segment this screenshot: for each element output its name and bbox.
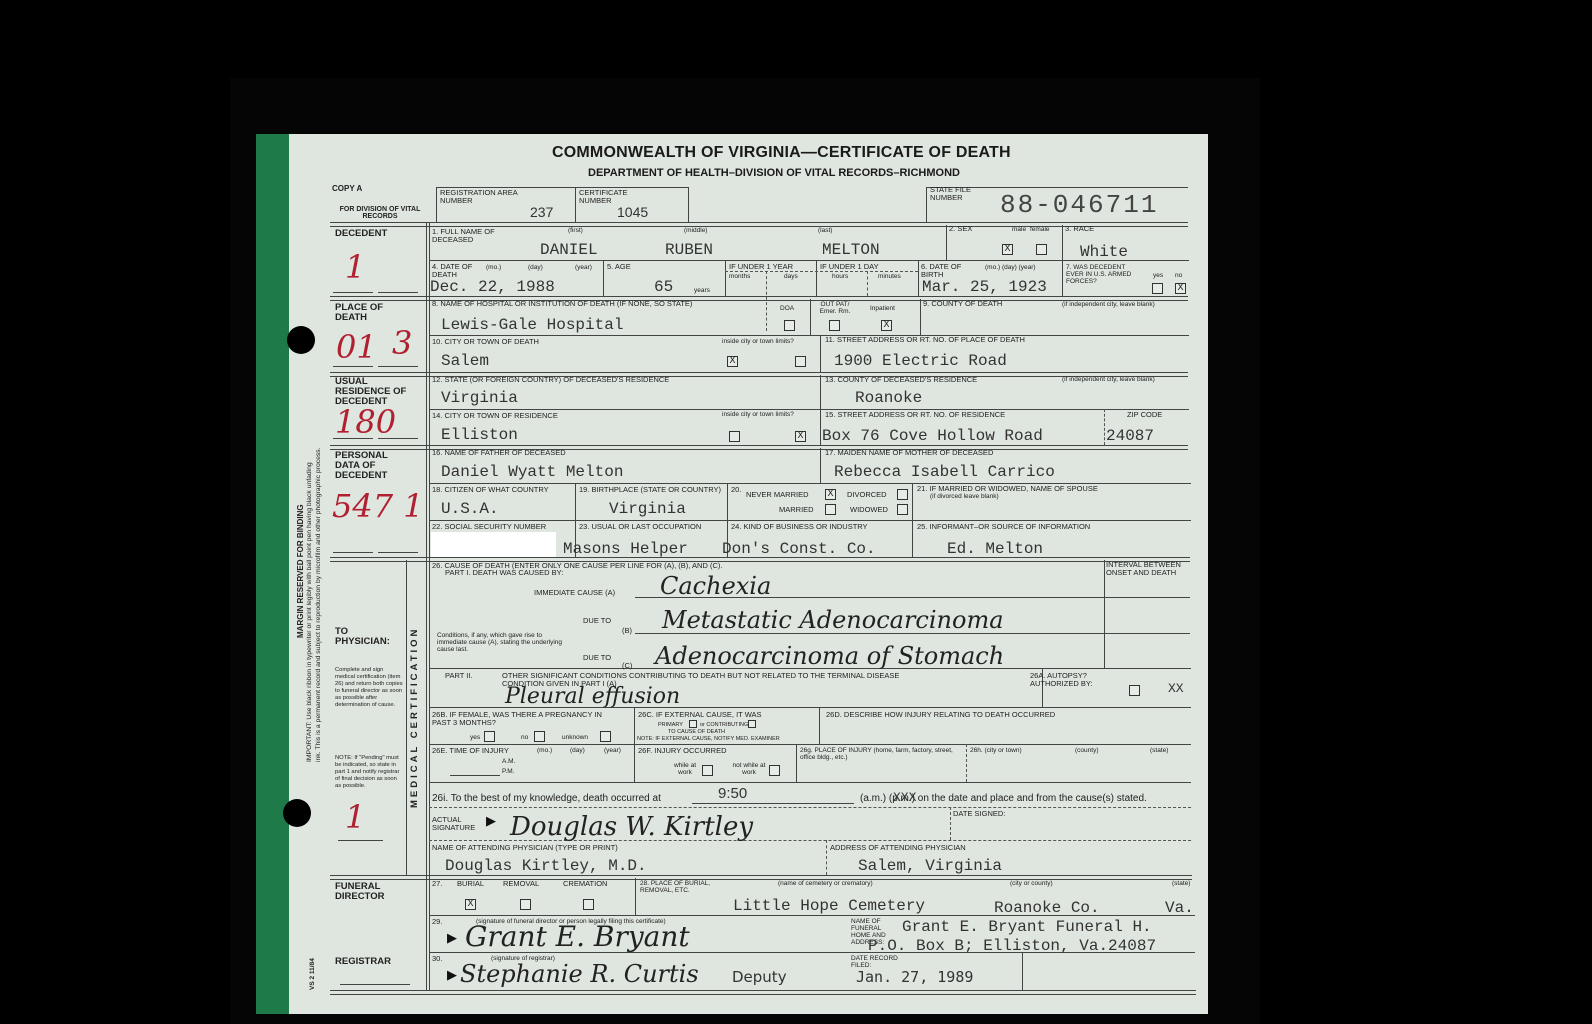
margin-code-residence: 180 xyxy=(335,403,396,441)
last-name-caption: (last) xyxy=(818,227,832,234)
citizen-label: 18. CITIZEN OF WHAT COUNTRY xyxy=(432,486,549,494)
ssn-redaction xyxy=(431,532,556,557)
certificate-number: 1045 xyxy=(617,204,648,220)
injury-year-caption: (year) xyxy=(604,747,621,754)
section-to-physician: TO PHYSICIAN: xyxy=(335,627,405,647)
burial-state: Va. xyxy=(1165,899,1194,917)
armed-yes-checkbox[interactable] xyxy=(1152,283,1163,294)
residence-county-label: 13. COUNTY OF DECEASED'S RESIDENCE xyxy=(825,376,977,384)
date-filed: Jan. 27, 1989 xyxy=(856,968,973,986)
burial-caption: BURIAL xyxy=(457,880,484,888)
age-label: 5. AGE xyxy=(607,263,631,271)
form-code: VS 2 11/84 xyxy=(309,958,316,990)
inpatient-checkbox[interactable]: X xyxy=(881,320,892,331)
date-signed-label: DATE SIGNED: xyxy=(953,810,1005,818)
spouse-note: (if divorced leave blank) xyxy=(930,493,999,500)
middle-name: RUBEN xyxy=(665,241,713,259)
date-of-birth: Mar. 25, 1923 xyxy=(922,278,1047,296)
doa-checkbox[interactable] xyxy=(784,320,795,331)
burial-city-county: Roanoke Co. xyxy=(994,899,1100,917)
section-funeral-director: FUNERAL DIRECTOR xyxy=(335,882,395,902)
b-label: (B) xyxy=(622,627,632,635)
copy-for-label: FOR DIVISION OF VITAL RECORDS xyxy=(335,206,425,220)
residence-street-label: 15. STREET ADDRESS OR RT. NO. OF RESIDEN… xyxy=(825,411,1005,419)
margin-title: MARGIN RESERVED FOR BINDING xyxy=(296,504,306,638)
section-place-of-death: PLACE OF DEATH xyxy=(335,303,395,323)
disposition-number: 27. xyxy=(432,880,442,888)
city-of-death-label: 10. CITY OR TOWN OF DEATH xyxy=(432,338,539,346)
immediate-cause: Cachexia xyxy=(660,572,771,600)
margin-code-decedent: 1 xyxy=(345,248,365,286)
funeral-sig-number: 29. xyxy=(432,918,442,926)
primary-caption: PRIMARY xyxy=(658,722,683,729)
state-caption: (state) xyxy=(1172,880,1190,887)
margin-code-place-b: 3 xyxy=(392,324,412,362)
injury-occurred-label: 26f. INJURY OCCURRED xyxy=(638,747,727,755)
punch-hole-icon xyxy=(287,326,315,354)
part2-value: Pleural effusion xyxy=(505,684,680,709)
injury-day-caption: (day) xyxy=(570,747,585,754)
first-name: DANIEL xyxy=(540,241,598,259)
death-street-label: 11. STREET ADDRESS OR RT. NO. OF PLACE O… xyxy=(825,336,1025,344)
margin-code-place-a: 01 xyxy=(336,328,377,366)
margin-code-personal: 547 1 xyxy=(332,487,424,525)
certificate-label: CERTIFICATE NUMBER xyxy=(579,189,649,205)
c-label: (C) xyxy=(622,662,632,670)
birthplace-value: Virginia xyxy=(609,500,686,518)
death-limits-yes-checkbox[interactable]: X xyxy=(727,356,738,367)
time-of-death: 9:50 xyxy=(718,785,747,802)
armed-no-checkbox[interactable]: X xyxy=(1175,283,1186,294)
mother-name: Rebecca Isabell Carrico xyxy=(834,463,1055,481)
cause-c: Adenocarcinoma of Stomach xyxy=(655,642,1004,670)
business-label: 24. KIND OF BUSINESS OR INDUSTRY xyxy=(731,523,868,531)
state-file-label: STATE FILE NUMBER xyxy=(930,186,990,202)
arrow-right-icon: ▶ xyxy=(486,813,496,829)
widowed-checkbox[interactable] xyxy=(897,504,908,515)
funeral-director-signature: Grant E. Bryant xyxy=(465,920,690,953)
birthplace-label: 19. BIRTHPLACE (state or country) xyxy=(579,486,721,494)
state-file-number: 88-046711 xyxy=(1000,190,1158,220)
city-of-death: Salem xyxy=(441,352,489,370)
occupation-value: Masons Helper xyxy=(563,540,688,558)
married-checkbox[interactable] xyxy=(825,504,836,515)
outpatient-caption: OUT PAT/ Emer. Rm. xyxy=(815,301,855,315)
residence-city: Elliston xyxy=(441,426,518,444)
mother-label: 17. MAIDEN NAME OF MOTHER OF DECEASED xyxy=(825,449,993,457)
zip-label: ZIP CODE xyxy=(1127,411,1162,419)
to-cause-caption: TO CAUSE OF DEATH xyxy=(668,729,725,736)
pm-strikethrough: XXX xyxy=(893,790,916,805)
male-caption: male xyxy=(1012,226,1026,233)
county-of-death-label: 9. COUNTY OF DEATH xyxy=(923,300,1002,308)
residence-limits-no-checkbox[interactable]: X xyxy=(795,431,806,442)
race-value: White xyxy=(1080,243,1128,261)
removal-caption: REMOVAL xyxy=(503,880,539,888)
dod-year-caption: (year) xyxy=(575,264,592,271)
death-street: 1900 Electric Road xyxy=(834,352,1007,370)
citizen-value: U.S.A. xyxy=(441,500,499,518)
copy-label: COPY A xyxy=(332,184,362,194)
pregnancy-unknown-checkbox[interactable] xyxy=(600,731,611,742)
business-value: Don's Const. Co. xyxy=(722,540,876,558)
doa-caption: DOA xyxy=(780,305,794,312)
knowledge-statement: 26i. To the best of my knowledge, death … xyxy=(432,793,661,804)
pregnancy-label: 26b. IF FEMALE, WAS THERE A PREGNANCY IN… xyxy=(432,711,622,727)
age-value: 65 xyxy=(654,278,673,296)
injury-month-caption: (mo.) xyxy=(537,747,552,754)
pregnancy-unknown-caption: unknown xyxy=(562,734,588,741)
cremation-checkbox[interactable] xyxy=(583,899,594,910)
armed-forces-label: 7. WAS DECEDENT EVER IN U.S. ARMED FORCE… xyxy=(1066,264,1136,285)
while-work-caption: while at work xyxy=(668,762,702,776)
injury-state-caption: (state) xyxy=(1150,747,1168,754)
punch-hole-icon xyxy=(283,799,311,827)
section-decedent: DECEDENT xyxy=(335,229,387,239)
injury-am-caption: A.M. xyxy=(502,758,515,765)
sex-female-checkbox[interactable] xyxy=(1036,244,1047,255)
not-while-work-caption: not while at work xyxy=(728,762,770,776)
residence-state: Virginia xyxy=(441,389,518,407)
document-subtitle: DEPARTMENT OF HEALTH–DIVISION OF VITAL R… xyxy=(588,167,960,179)
autopsy-yes-checkbox[interactable] xyxy=(1129,685,1140,696)
place-of-burial-label: 28. PLACE OF BURIAL, REMOVAL, ETC. xyxy=(640,880,720,894)
pregnancy-yes-caption: yes xyxy=(470,734,480,741)
armed-no-caption: no xyxy=(1175,272,1182,279)
cremation-caption: CREMATION xyxy=(563,880,607,888)
pregnancy-no-caption: no xyxy=(521,734,528,741)
arrow-right-icon: ▶ xyxy=(447,930,457,946)
physician-address: Salem, Virginia xyxy=(858,857,1002,875)
pregnancy-yes-checkbox[interactable] xyxy=(484,731,495,742)
margin-instruction-2: ink. This is a permanent record and subj… xyxy=(315,447,322,762)
pending-note: NOTE: If "Pending" must be indicated, so… xyxy=(335,755,403,790)
while-work-checkbox[interactable] xyxy=(702,765,713,776)
immediate-cause-label: IMMEDIATE CAUSE (A) xyxy=(534,589,615,597)
city-county-caption: (city or county) xyxy=(1010,880,1053,887)
funeral-home-address: P.O. Box B; Elliston, Va.24087 xyxy=(868,937,1156,955)
death-limits-no-checkbox[interactable] xyxy=(795,356,806,367)
section-personal-data: PERSONAL DATA OF DECEDENT xyxy=(335,451,405,481)
date-of-birth-label: 6. DATE OF BIRTH xyxy=(921,263,971,279)
never-married-checkbox[interactable]: X xyxy=(825,489,836,500)
middle-name-caption: (middle) xyxy=(684,227,707,234)
physician-signature: Douglas W. Kirtley xyxy=(510,812,753,842)
marital-label: 20. xyxy=(731,486,741,494)
contributing-caption: or CONTRIBUTING xyxy=(700,722,748,729)
margin-instruction-1: IMPORTANT: Use black ribbon in typewrite… xyxy=(306,462,313,762)
dod-month-caption: (mo.) xyxy=(486,264,501,271)
residence-city-label: 14. CITY OR TOWN OF RESIDENCE xyxy=(432,412,558,420)
years-caption: years xyxy=(694,287,710,294)
residence-state-label: 12. STATE (OR FOREIGN COUNTRY) OF DECEAS… xyxy=(432,376,669,384)
physician-note: Complete and sign medical certification … xyxy=(335,667,403,709)
spouse-label: 21. IF MARRIED OR WIDOWED, NAME OF SPOUS… xyxy=(917,485,1098,493)
removal-checkbox[interactable] xyxy=(520,899,531,910)
residence-county-note: (if independent city, leave blank) xyxy=(1062,376,1155,383)
widowed-caption: WIDOWED xyxy=(850,506,888,514)
sex-male-checkbox[interactable]: X xyxy=(1002,244,1013,255)
divorced-caption: DIVORCED xyxy=(847,491,887,499)
last-name: MELTON xyxy=(822,241,880,259)
green-binding-strip xyxy=(256,134,289,1014)
informant-label: 25. INFORMANT–OR SOURCE OF INFORMATION xyxy=(917,523,1090,531)
race-label: 3. RACE xyxy=(1065,225,1094,233)
part2-label: PART II. xyxy=(445,672,473,680)
cemetery-name: Little Hope Cemetery xyxy=(733,897,925,915)
divorced-checkbox[interactable] xyxy=(897,489,908,500)
pregnancy-no-checkbox[interactable] xyxy=(534,731,545,742)
place-of-injury-label: 26g. PLACE OF INJURY (home, farm, factor… xyxy=(800,747,960,761)
due-to-c-label: DUE TO xyxy=(583,654,611,662)
minutes-caption: minutes xyxy=(878,273,901,280)
injury-county-caption: (county) xyxy=(1075,747,1098,754)
registrar-number: 30. xyxy=(432,955,442,963)
outpatient-checkbox[interactable] xyxy=(829,320,840,331)
inpatient-caption: Inpatient xyxy=(870,305,895,312)
injury-describe-label: 26d. DESCRIBE HOW INJURY RELATING TO DEA… xyxy=(826,711,1055,719)
informant-value: Ed. Melton xyxy=(947,540,1043,558)
registration-number: 237 xyxy=(530,204,553,220)
months-caption: months xyxy=(729,273,750,280)
interval-label: INTERVAL BETWEEN ONSET AND DEATH xyxy=(1106,561,1191,577)
injury-city-caption: 26h. (city or town) xyxy=(970,747,1022,754)
primary-checkbox[interactable] xyxy=(689,720,697,728)
arrow-right-icon: ▶ xyxy=(447,967,457,983)
hospital-label: 8. NAME OF HOSPITAL OR INSTITUTION OF DE… xyxy=(432,300,692,308)
injury-pm-caption: P.M. xyxy=(502,768,515,775)
date-filed-label: DATE RECORD FILED: xyxy=(851,955,911,969)
contributing-checkbox[interactable] xyxy=(748,720,756,728)
not-while-work-checkbox[interactable] xyxy=(769,765,780,776)
residence-limits-yes-checkbox[interactable] xyxy=(729,431,740,442)
physician-address-label: ADDRESS OF ATTENDING PHYSICIAN xyxy=(830,844,966,852)
female-caption: female xyxy=(1030,226,1050,233)
days-caption: days xyxy=(784,273,798,280)
registrar-signature: Stephanie R. Curtis xyxy=(460,960,699,988)
time-of-injury-label: 26e. TIME OF INJURY xyxy=(432,747,509,755)
autopsy-no-mark: XX xyxy=(1168,681,1184,696)
county-of-death-note: (if independent city, leave blank) xyxy=(1062,301,1155,308)
physician-name-label: NAME OF ATTENDING PHYSICIAN (Type or Pri… xyxy=(432,844,618,852)
father-name: Daniel Wyatt Melton xyxy=(441,463,623,481)
sex-label: 2. SEX xyxy=(949,225,972,233)
autopsy-label: 26a. AUTOPSY? AUTHORIZED BY: xyxy=(1030,672,1110,688)
armed-yes-caption: yes xyxy=(1153,272,1163,279)
date-of-death: Dec. 22, 1988 xyxy=(430,278,555,296)
residence-county: Roanoke xyxy=(855,389,922,407)
section-registrar: REGISTRAR xyxy=(335,957,391,967)
under-day-label: IF UNDER 1 DAY xyxy=(820,263,879,271)
date-of-death-label: 4. DATE OF DEATH xyxy=(432,263,477,279)
full-name-label: 1. FULL NAME OF DECEASED xyxy=(432,228,522,244)
conditions-note: Conditions, if any, which gave rise to i… xyxy=(437,632,572,653)
registration-label: REGISTRATION AREA NUMBER xyxy=(440,189,520,205)
cause-b: Metastatic Adenocarcinoma xyxy=(662,606,1004,634)
funeral-home-name: Grant E. Bryant Funeral H. xyxy=(902,918,1152,936)
external-note: NOTE: IF EXTERNAL CAUSE, NOTIFY MED. EXA… xyxy=(637,736,780,743)
hospital-name: Lewis-Gale Hospital xyxy=(441,316,623,334)
father-label: 16. NAME OF FATHER OF DECEASED xyxy=(432,449,566,457)
part1-label: PART I. DEATH WAS CAUSED BY: xyxy=(445,569,563,577)
document-title: COMMONWEALTH OF VIRGINIA—CERTIFICATE OF … xyxy=(552,144,1011,162)
occupation-label: 23. USUAL OR LAST OCCUPATION xyxy=(579,523,701,531)
zip-code: 24087 xyxy=(1106,427,1154,445)
external-cause-label: 26c. IF EXTERNAL CAUSE, IT WAS xyxy=(638,711,762,719)
dod-day-caption: (day) xyxy=(528,264,543,271)
due-to-b-label: DUE TO xyxy=(583,617,611,625)
death-limits-label: inside city or town limits? xyxy=(722,338,794,345)
residence-street: Box 76 Cove Hollow Road xyxy=(822,427,1043,445)
burial-checkbox[interactable]: X xyxy=(465,899,476,910)
ssn-label: 22. SOCIAL SECURITY NUMBER xyxy=(432,523,546,531)
residence-limits-label: inside city or town limits? xyxy=(722,411,794,418)
married-caption: MARRIED xyxy=(779,506,814,514)
dob-caption: (mo.) (day) (year) xyxy=(985,264,1036,271)
registrar-title: Deputy xyxy=(732,968,787,986)
hours-caption: hours xyxy=(832,273,848,280)
section-medical-certification: MEDICAL CERTIFICATION xyxy=(410,627,420,808)
under-year-label: IF UNDER 1 YEAR xyxy=(729,263,793,271)
never-married-caption: NEVER MARRIED xyxy=(746,491,809,499)
signature-label: ACTUAL SIGNATURE xyxy=(432,816,477,832)
cemetery-caption: (name of cemetery or crematory) xyxy=(778,880,873,887)
physician-name: Douglas Kirtley, M.D. xyxy=(445,857,647,875)
margin-code-medical: 1 xyxy=(345,798,365,836)
first-name-caption: (first) xyxy=(568,227,583,234)
